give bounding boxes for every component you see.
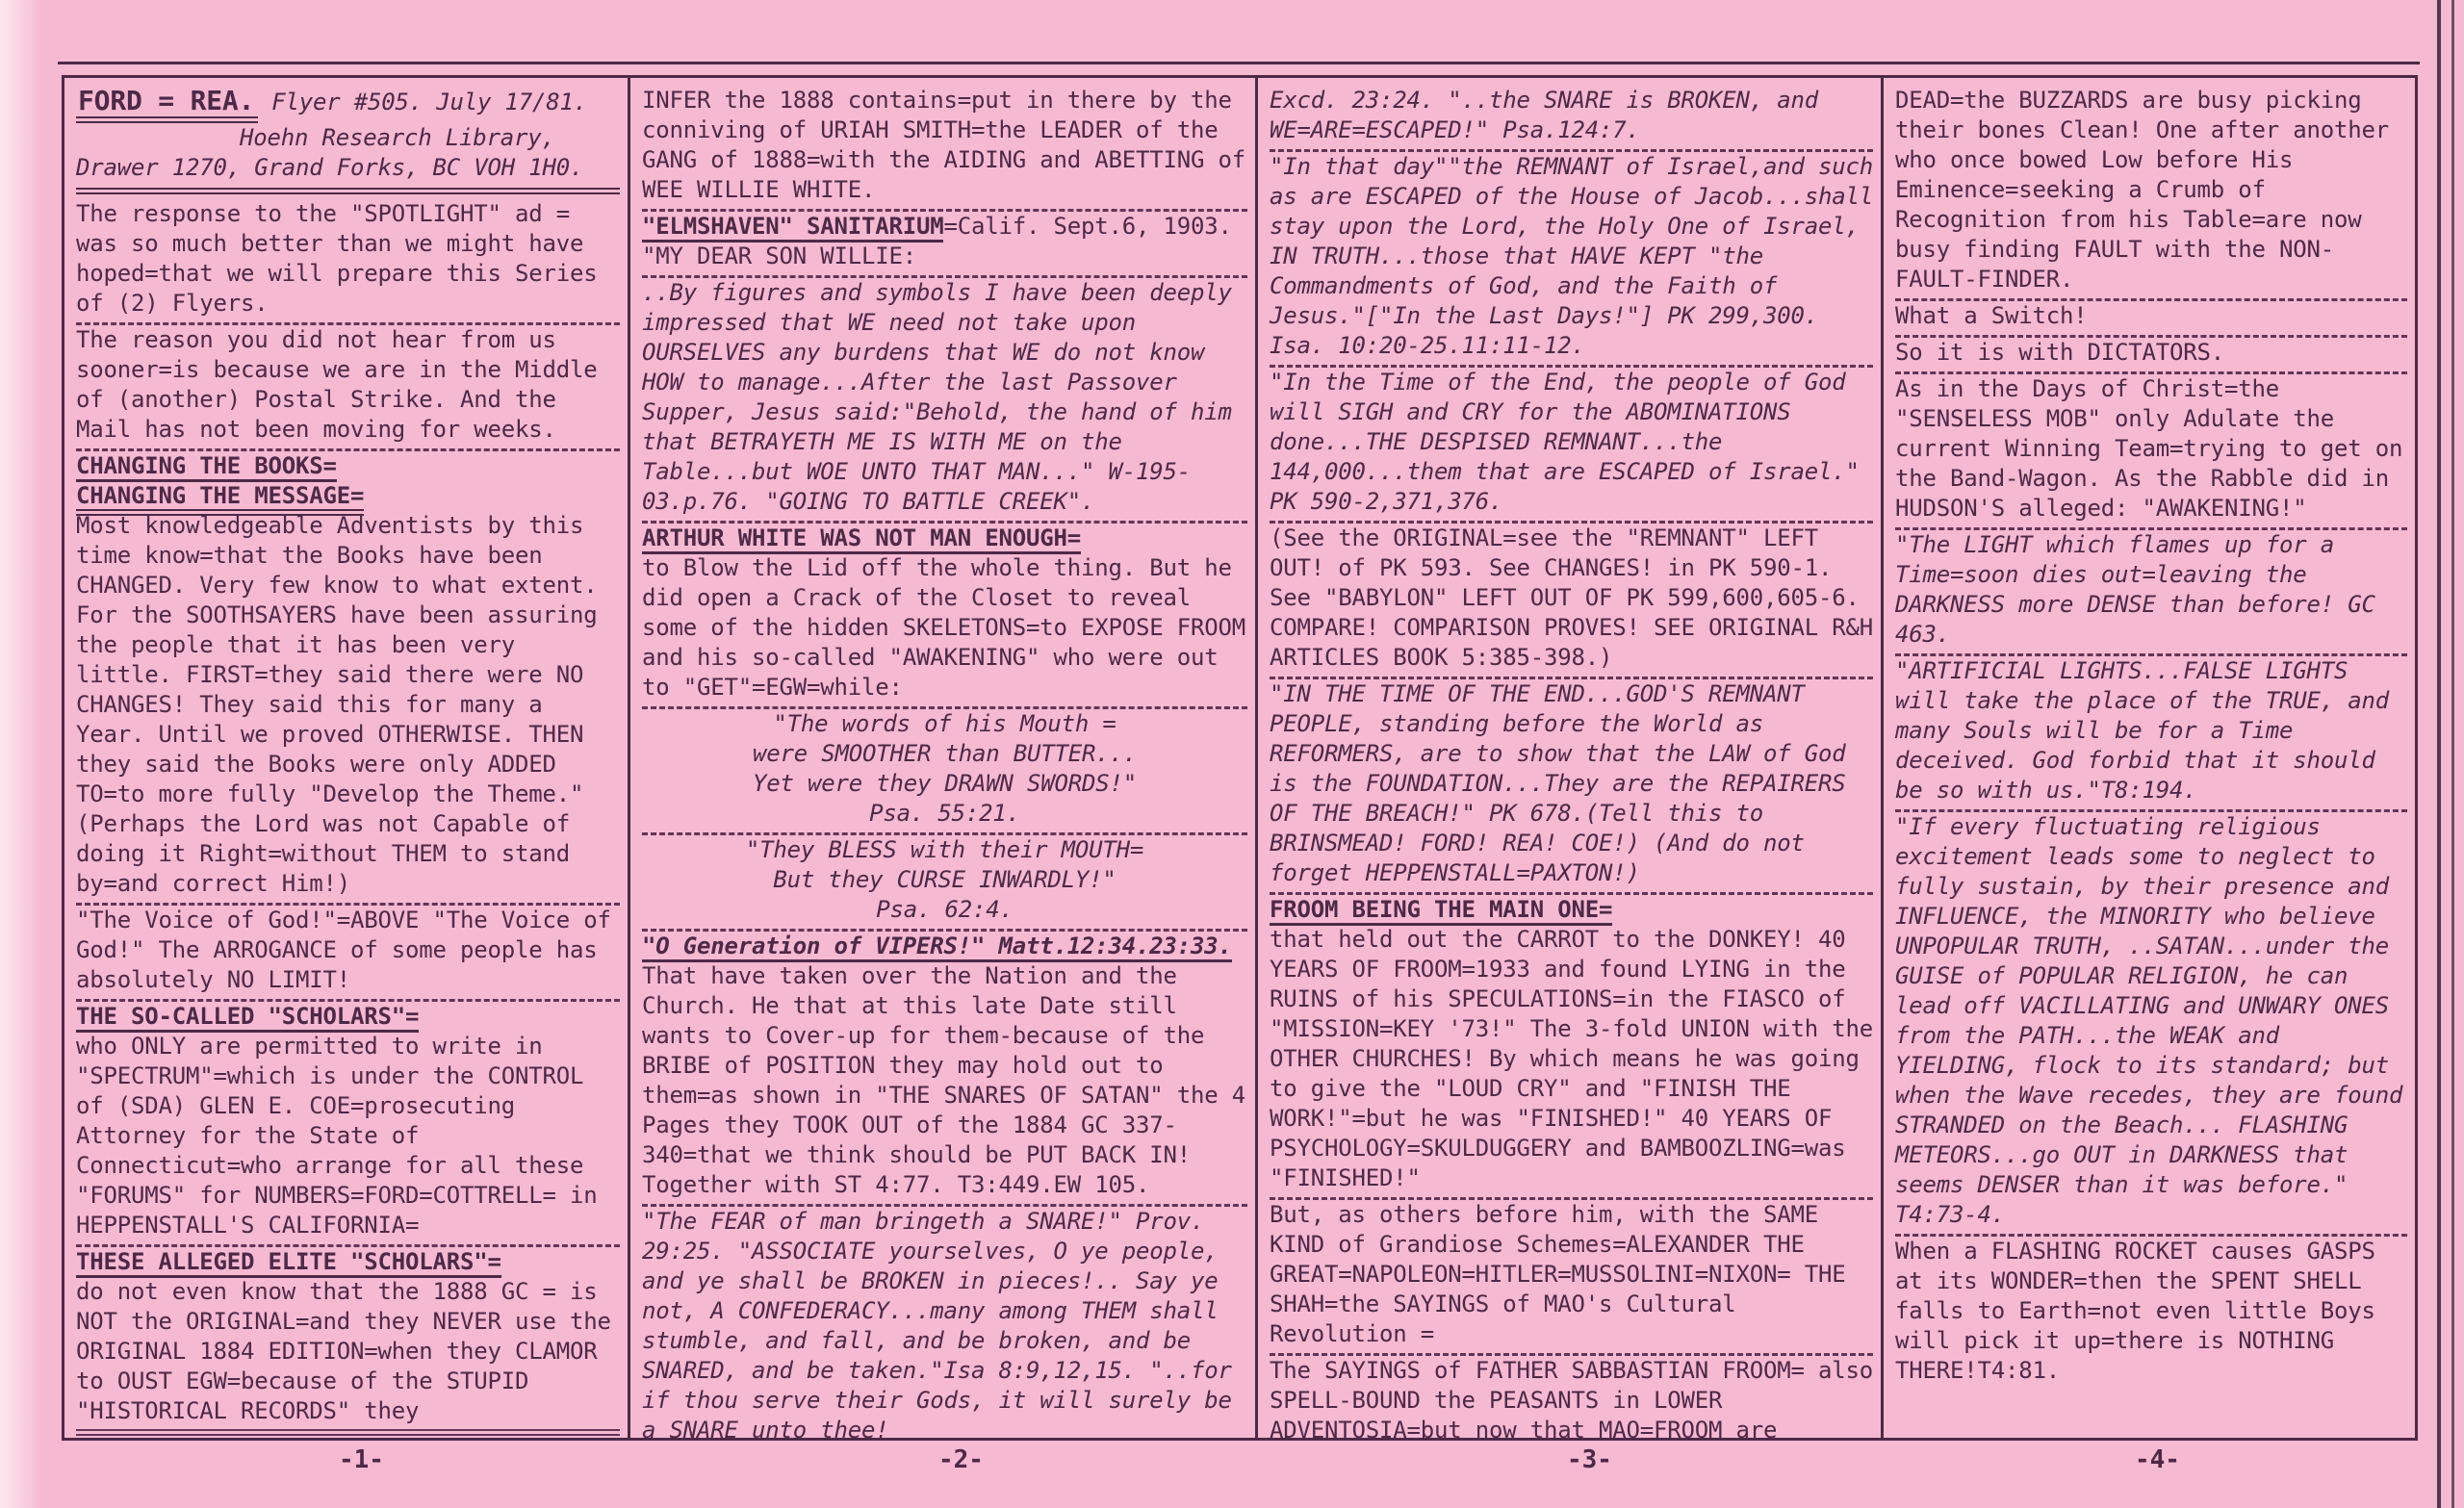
paragraph: Most knowledgeable Adventists by this ti… (76, 511, 620, 906)
heading-text: CHANGING THE BOOKS= (76, 452, 337, 482)
page-number-4: -4- (2135, 1445, 2180, 1474)
scripture-quote: "O Generation of VIPERS!" Matt.12:34.23:… (642, 932, 1247, 961)
masthead: FORD = REA. Flyer #505. July 17/81. Hoeh… (76, 86, 620, 194)
paragraph: "ELMSHAVEN" SANITARIUM=Calif. Sept.6, 19… (642, 212, 1247, 278)
inline-heading: "ELMSHAVEN" SANITARIUM (642, 213, 943, 243)
paragraph: That have taken over the Nation and the … (642, 961, 1247, 1207)
page-number-2: -2- (938, 1445, 984, 1474)
column-2: INFER the 1888 contains=put in there by … (628, 78, 1255, 1438)
page-number-1: -1- (339, 1445, 384, 1474)
column-1: FORD = REA. Flyer #505. July 17/81. Hoeh… (62, 78, 628, 1438)
paragraph: do not even know that the 1888 GC = is N… (76, 1277, 620, 1436)
flyer-title: FORD = REA. (76, 86, 258, 123)
masthead-library: Hoehn Research Library, (76, 123, 620, 153)
paragraph: As in the Days of Christ=the "SENSELESS … (1895, 374, 2407, 530)
paragraph: who ONLY are permitted to write in "SPEC… (76, 1032, 620, 1247)
heading-text: FROOM BEING THE MAIN ONE= (1270, 896, 1612, 926)
quotation-paragraph: "In the Time of the End, the people of G… (1270, 368, 1873, 524)
flyer-frame: FORD = REA. Flyer #505. July 17/81. Hoeh… (62, 75, 2418, 1441)
paragraph: INFER the 1888 contains=put in there by … (642, 86, 1247, 212)
section-heading: THESE ALLEGED ELITE "SCHOLARS"= (76, 1247, 620, 1277)
quote-lead: "O Generation of VIPERS!" Matt.12:34.23:… (642, 933, 1232, 962)
quotation-paragraph: "IN THE TIME OF THE END...GOD'S REMNANT … (1270, 679, 1873, 895)
paragraph: The reason you did not hear from us soon… (76, 325, 620, 451)
masthead-address: Drawer 1270, Grand Forks, BC VOH 1H0. (76, 153, 620, 183)
quotation-paragraph: "The LIGHT which flames up for a Time=so… (1895, 530, 2407, 656)
section-heading: CHANGING THE BOOKS= (76, 451, 620, 481)
scripture-quote: "They BLESS with their MOUTH= But they C… (642, 835, 1247, 932)
quotation-paragraph: "ARTIFICIAL LIGHTS...FALSE LIGHTS will t… (1895, 656, 2407, 812)
paragraph: What a Switch! (1895, 301, 2407, 338)
paragraph: to Blow the Lid off the whole thing. But… (642, 553, 1247, 709)
quotation-paragraph: "If every fluctuating religious exciteme… (1895, 812, 2407, 1237)
paragraph: The SAYINGS of FATHER SABBASTIAN FROOM= … (1270, 1356, 1873, 1438)
heading-text: ARTHUR WHITE WAS NOT MAN ENOUGH= (642, 524, 1081, 554)
paragraph: (See the ORIGINAL=see the "REMNANT" LEFT… (1270, 524, 1873, 679)
quotation-paragraph: "The FEAR of man bringeth a SNARE!" Prov… (642, 1207, 1247, 1438)
flyer-number: Flyer #505. July 17/81. (271, 88, 587, 117)
column-layout: FORD = REA. Flyer #505. July 17/81. Hoeh… (62, 78, 2418, 1438)
section-heading: THE SO-CALLED "SCHOLARS"= (76, 1002, 620, 1032)
paragraph: But, as others before him, with the SAME… (1270, 1200, 1873, 1356)
paragraph: So it is with DICTATORS. (1895, 338, 2407, 374)
section-heading: CHANGING THE MESSAGE= (76, 481, 620, 511)
fold-crease (2437, 0, 2441, 1508)
quotation-paragraph: Excd. 23:24. "..the SNARE is BROKEN, and… (1270, 86, 1873, 152)
fold-crease (2451, 0, 2454, 1508)
quotation-paragraph: ..By figures and symbols I have been dee… (642, 278, 1247, 524)
paper-left-edge (0, 0, 40, 1508)
scripture-quote: "The words of his Mouth = were SMOOTHER … (642, 709, 1247, 835)
column-3: Excd. 23:24. "..the SNARE is BROKEN, and… (1255, 78, 1881, 1438)
section-heading: FROOM BEING THE MAIN ONE= (1270, 895, 1873, 925)
quotation-paragraph: "In that day""the REMNANT of Israel,and … (1270, 152, 1873, 368)
paragraph: that held out the CARROT to the DONKEY! … (1270, 925, 1873, 1200)
column-4: DEAD=the BUZZARDS are busy picking their… (1881, 78, 2418, 1438)
paragraph: The response to the "SPOTLIGHT" ad = was… (76, 199, 620, 325)
paragraph: DEAD=the BUZZARDS are busy picking their… (1895, 86, 2407, 301)
paragraph: "The Voice of God!"=ABOVE "The Voice of … (76, 906, 620, 1002)
paragraph: When a FLASHING ROCKET causes GASPS at i… (1895, 1237, 2407, 1386)
flyer-sheet: FORD = REA. Flyer #505. July 17/81. Hoeh… (0, 0, 2464, 1508)
section-heading: ARTHUR WHITE WAS NOT MAN ENOUGH= (642, 524, 1247, 553)
page-number-3: -3- (1567, 1445, 1612, 1474)
heading-text: THE SO-CALLED "SCHOLARS"= (76, 1003, 419, 1033)
masthead-line1: FORD = REA. Flyer #505. July 17/81. (76, 86, 620, 123)
heading-text: THESE ALLEGED ELITE "SCHOLARS"= (76, 1248, 501, 1278)
